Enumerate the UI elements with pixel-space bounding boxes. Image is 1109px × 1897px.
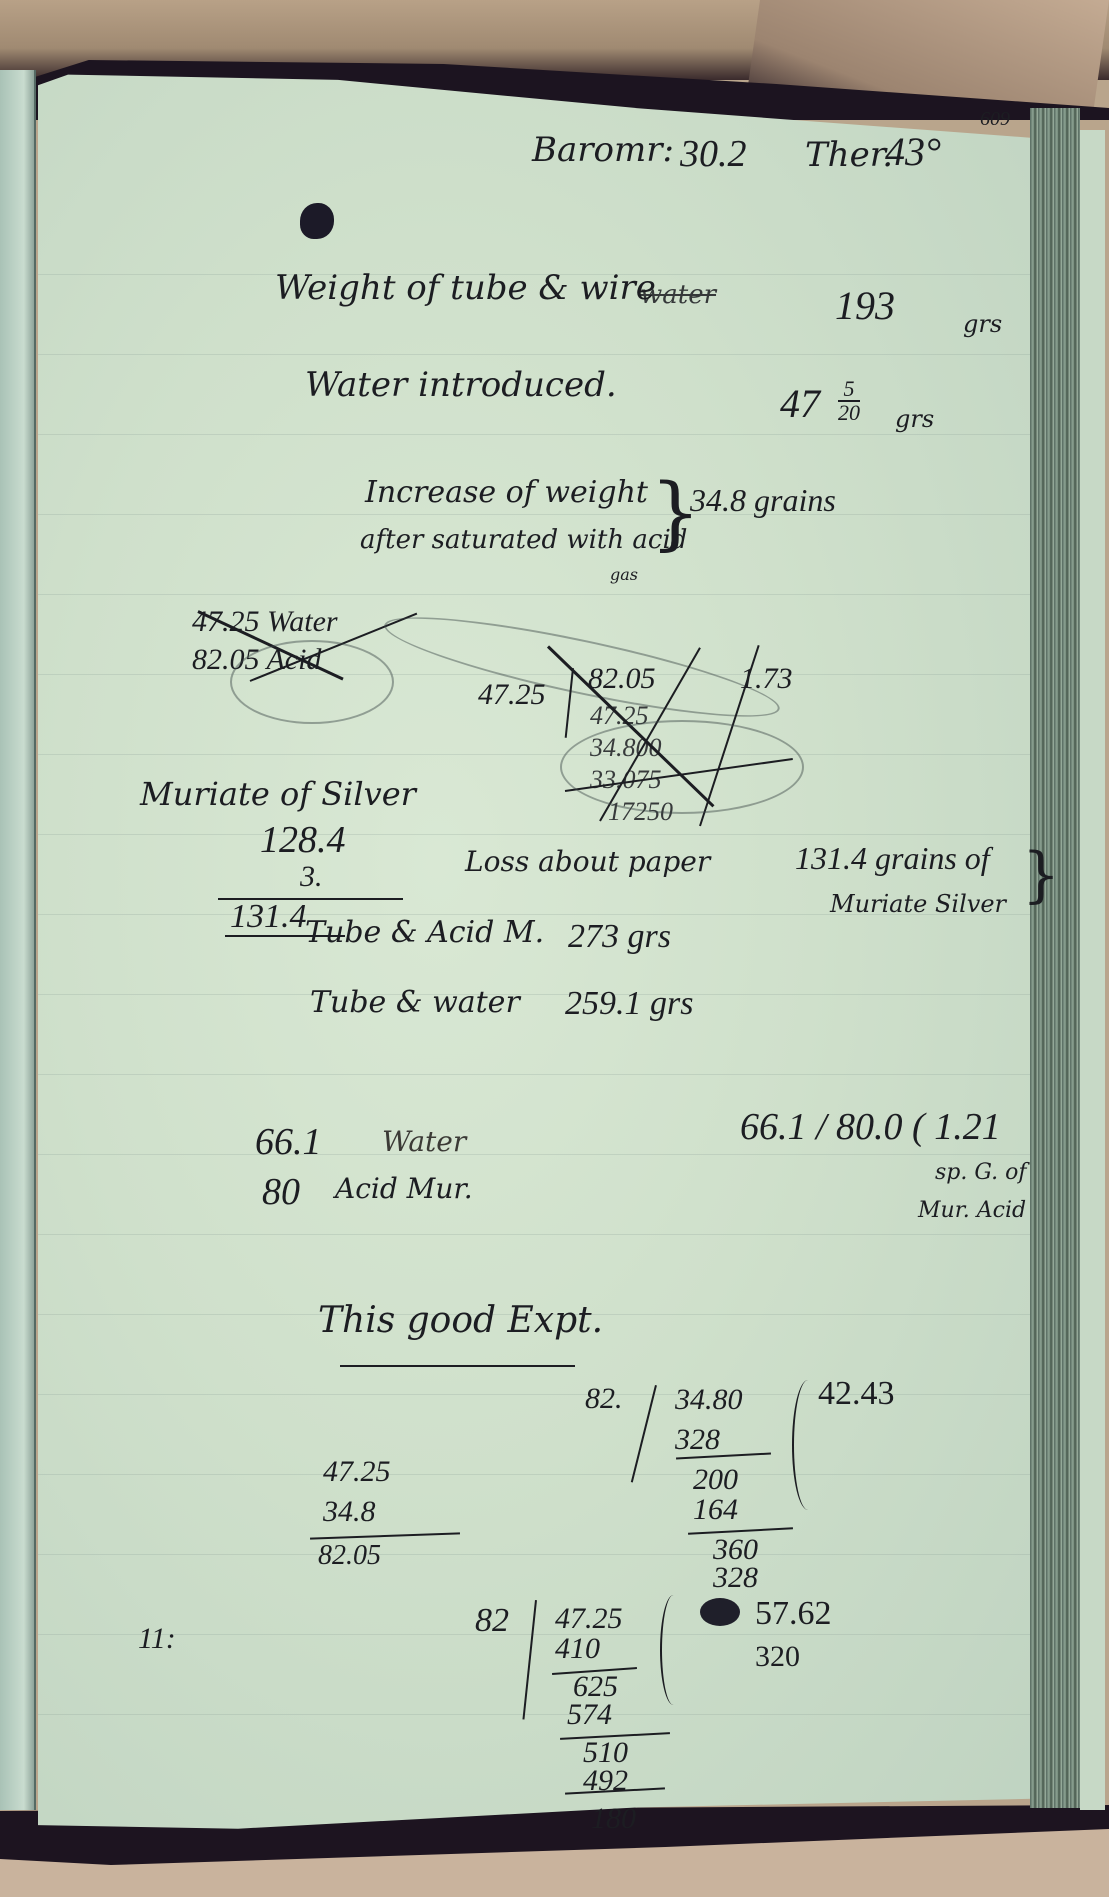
muriate-value: 128.4 — [260, 818, 346, 862]
brace: } — [1022, 840, 1060, 910]
ink-blot — [700, 1598, 740, 1626]
work-line: 164 — [675, 1490, 758, 1530]
acid-value: 80 — [262, 1170, 300, 1214]
div1-quotient: 42.43 — [818, 1375, 895, 1413]
work-line: 328 — [675, 1558, 758, 1598]
increase-value: 34.8 grains — [690, 482, 836, 519]
tube-water-value: 259.1 grs — [565, 985, 693, 1023]
work-line: 180 — [555, 1800, 636, 1838]
increase-line2-sub: gas — [610, 565, 638, 584]
sg-label-line2: Mur. Acid — [918, 1198, 1026, 1223]
fraction-numerator: 5 — [844, 378, 855, 400]
muriate-total: 131.4 — [230, 898, 307, 936]
struck-word-water: water — [640, 280, 716, 310]
thermometer-value: 43° — [885, 128, 941, 175]
sum-a: 47.25 — [323, 1455, 391, 1489]
fraction-denominator: 20 — [838, 402, 860, 424]
div2-quotient: 57.62 — [755, 1595, 832, 1633]
quotient-paren — [660, 1595, 687, 1705]
sum-total: 82.05 — [318, 1540, 381, 1572]
water-introduced-fraction: 5 20 — [838, 378, 860, 424]
page-block-edges-light — [1080, 130, 1105, 1810]
tube-acid-label: Tube & Acid M. — [305, 915, 544, 950]
margin-note: 11: — [138, 1622, 176, 1656]
crossed-line-1: 47.25 Water — [192, 603, 338, 641]
page-number: 609 — [980, 108, 1010, 131]
facing-page-edge — [0, 70, 36, 1810]
pencil-scribble — [230, 640, 394, 724]
increase-line2: after saturated with acid — [360, 525, 687, 555]
loss-note: Loss about paper — [465, 845, 710, 878]
sg-calculation: 66.1 / 80.0 ( 1.21 — [740, 1105, 1001, 1149]
sg-label-line1: sp. G. of — [935, 1160, 1027, 1185]
weight-tube-text: Weight of tube & wire — [275, 268, 656, 308]
barometer-label: Baromr: — [532, 130, 674, 170]
div1-work: 34.80 328 200 164 360 328 — [675, 1380, 758, 1598]
muriate-label: Muriate of Silver — [140, 775, 416, 813]
water-introduced-unit: grs — [895, 405, 934, 433]
water-value: 66.1 — [255, 1120, 322, 1164]
underline — [340, 1365, 575, 1367]
weight-tube-label: Weight of tube & wire — [275, 268, 656, 308]
weight-tube-unit: grs — [963, 310, 1002, 338]
crossed-div-dividend: 82.05 — [588, 662, 656, 696]
div1-divisor: 82. — [585, 1382, 623, 1416]
sum-b: 34.8 — [323, 1495, 376, 1529]
muriate-add: 3. — [300, 860, 323, 894]
increase-line1: Increase of weight — [365, 475, 648, 510]
tube-water-label: Tube & water — [310, 985, 520, 1020]
weight-tube-value: 193 — [835, 282, 895, 329]
crossed-div-divisor: 47.25 — [478, 678, 546, 712]
water-introduced-label: Water introduced. — [305, 365, 617, 405]
muriate-result-line1: 131.4 grains of — [795, 840, 990, 877]
water-introduced-whole: 47 — [780, 380, 820, 427]
div1-dividend: 34.80 — [675, 1380, 758, 1420]
work-line: 574 — [555, 1696, 636, 1734]
acid-label: Acid Mur. — [335, 1172, 473, 1205]
div2-divisor: 82 — [475, 1602, 509, 1640]
thermometer-label: Ther. — [805, 135, 893, 175]
ink-blot — [300, 203, 334, 239]
pencil-scribble — [560, 720, 804, 814]
page-block-edges — [1030, 108, 1080, 1808]
tube-acid-value: 273 grs — [568, 918, 671, 956]
div2-remainder-note: 320 — [755, 1640, 800, 1674]
div2-work: 47.25 410 625 574 510 492 180 — [555, 1600, 636, 1838]
barometer-value: 30.2 — [680, 132, 747, 176]
work-line: 410 — [555, 1630, 636, 1668]
good-experiment-note: This good Expt. — [318, 1300, 603, 1341]
water-label: Water — [382, 1125, 466, 1158]
muriate-result-line2: Muriate Silver — [830, 890, 1006, 918]
